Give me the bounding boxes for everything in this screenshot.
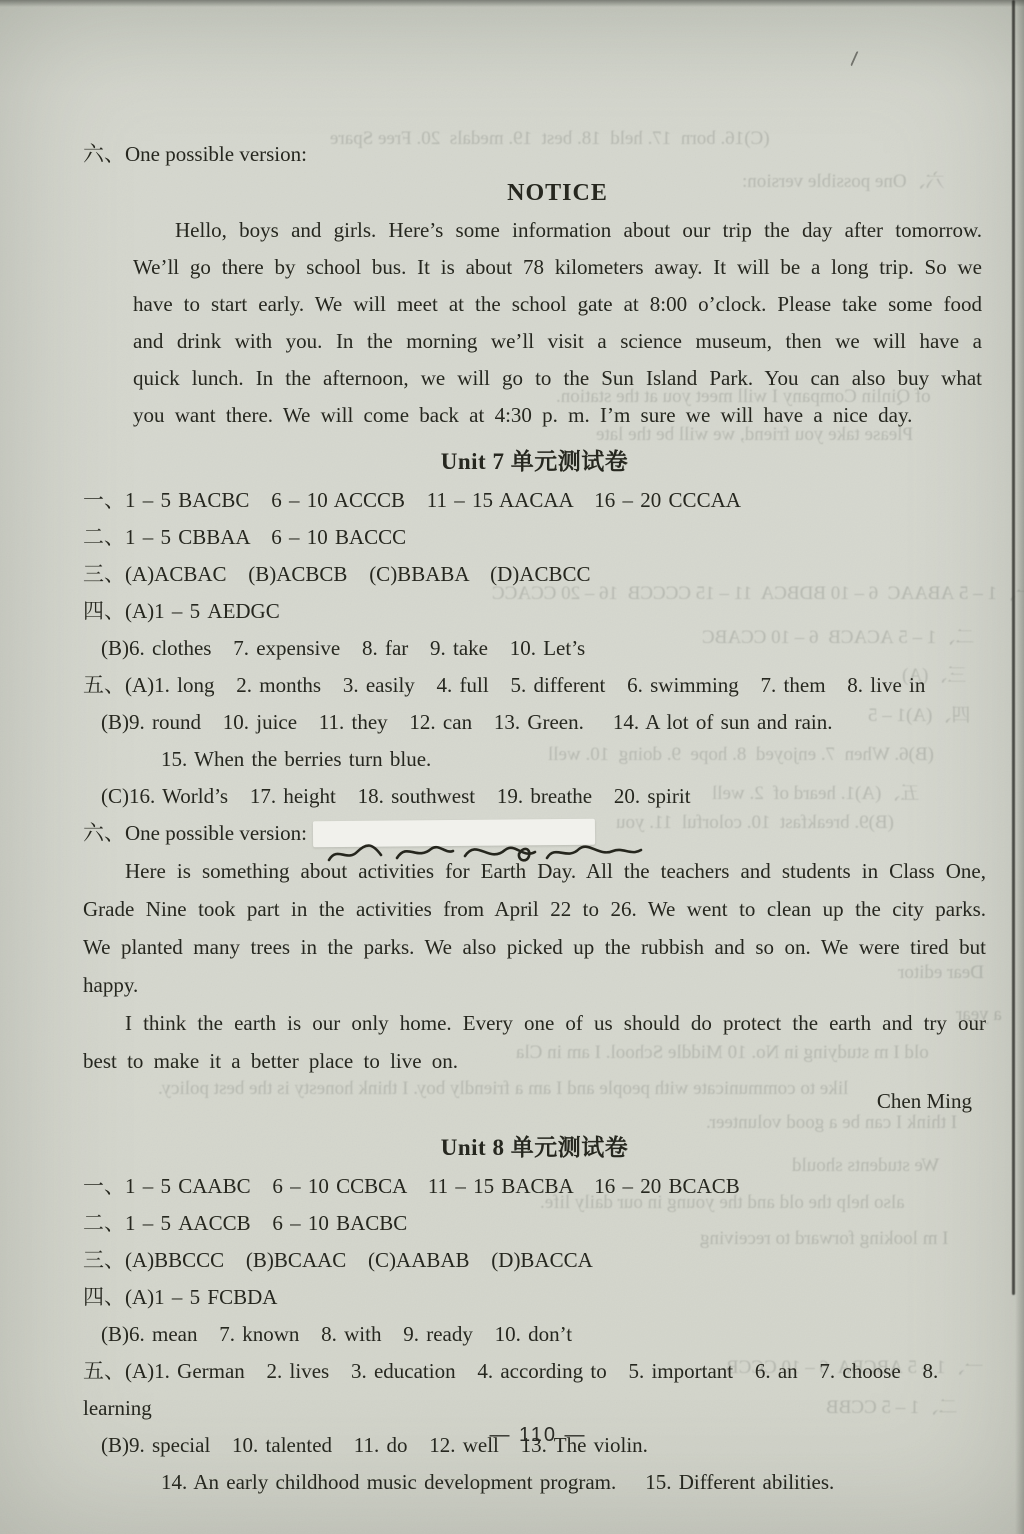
notice-block: NOTICE Hello, boys and girls. Here’s som… — [133, 175, 982, 434]
answer-line: 三、(A)ACBAC (B)ACBCB (C)BBABA (D)ACBCC — [83, 556, 986, 593]
essay-paragraph-2: I think the earth is our only home. Ever… — [83, 1004, 986, 1080]
answer-line: (C)16. World’s 17. height 18. southwest … — [83, 778, 986, 815]
answer-line: (B)6. mean 7. known 8. with 9. ready 10.… — [83, 1316, 986, 1353]
answer-line: 一、1 – 5 BACBC 6 – 10 ACCCB 11 – 15 AACAA… — [83, 482, 986, 519]
answer-line: 五、(A)1. German 2. lives 3. education 4. … — [83, 1353, 986, 1427]
essay-paragraph-1: Here is something about activities for E… — [83, 852, 986, 1004]
section-six-label: 六、One possible version: — [83, 821, 307, 845]
answer-line: 二、1 – 5 CBBAA 6 – 10 BACCC — [83, 519, 986, 556]
unit8-title: Unit 8 单元测试卷 — [83, 1129, 986, 1166]
answer-line: 四、(A)1 – 5 FCBDA — [83, 1279, 986, 1316]
page-number: — 110 — — [26, 1424, 1024, 1447]
answer-line: (B)6. clothes 7. expensive 8. far 9. tak… — [83, 630, 986, 667]
page-content: 六、One possible version: NOTICE Hello, bo… — [0, 0, 1024, 1501]
handwriting-scribble — [323, 834, 663, 874]
notice-paragraph: Hello, boys and girls. Here’s some infor… — [133, 212, 982, 434]
notice-title: NOTICE — [133, 175, 982, 212]
answer-line: 一、1 – 5 CAABC 6 – 10 CCBCA 11 – 15 BACBA… — [83, 1168, 986, 1205]
answer-line: (B)9. round 10. juice 11. they 12. can 1… — [83, 704, 986, 741]
answer-line: 15. When the berries turn blue. — [83, 741, 986, 778]
answer-line: 二、1 – 5 AACCB 6 – 10 BACBC — [83, 1205, 986, 1242]
section-six-label: 六、One possible version: — [83, 136, 986, 173]
unit8-answers: 一、1 – 5 CAABC 6 – 10 CCBCA 11 – 15 BACBA… — [83, 1168, 986, 1501]
unit7-section-six-line: 六、One possible version: — [83, 815, 986, 852]
unit7-title: Unit 7 单元测试卷 — [83, 443, 986, 480]
answer-line: 四、(A)1 – 5 AEDGC — [83, 593, 986, 630]
unit7-essay: Here is something about activities for E… — [83, 852, 986, 1080]
unit7-answers: 一、1 – 5 BACBC 6 – 10 ACCCB 11 – 15 AACAA… — [83, 482, 986, 815]
scanned-answer-page: (C)16. born 17. held 18. best 19. medals… — [0, 0, 1024, 1534]
answer-line: 三、(A)BBCCC (B)BCAAC (C)AABAB (D)BACCA — [83, 1242, 986, 1279]
answer-line: 五、(A)1. long 2. months 3. easily 4. full… — [83, 667, 986, 704]
essay-signature: Chen Ming — [83, 1082, 986, 1120]
answer-line: 14. An early childhood music development… — [83, 1464, 986, 1501]
